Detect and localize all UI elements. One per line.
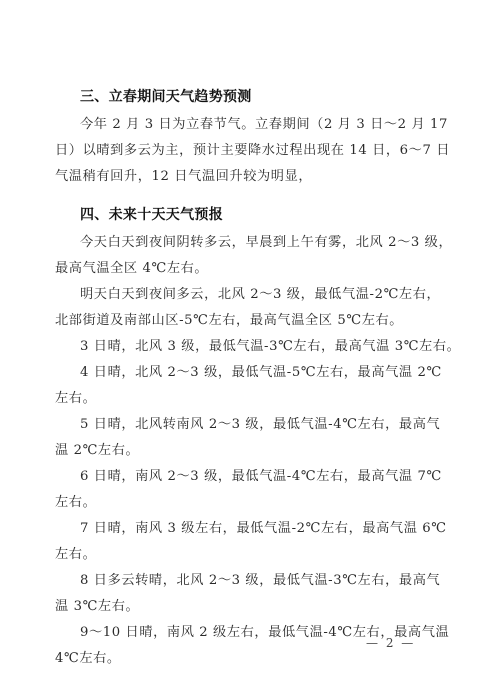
forecast-day5-line: 温 2℃左右。 [55, 442, 415, 460]
forecast-tomorrow-line: 北部街道及南部山区-5℃左右，最高气温全区 5℃左右。 [55, 312, 415, 330]
forecast-day4-line: 4 日晴，北风 2～3 级，最低气温-5℃左右，最高气温 2℃ [80, 364, 415, 382]
paragraph-line: 日）以晴到多云为主，预计主要降水过程出现在 14 日，6～7 日 [55, 142, 415, 160]
forecast-tomorrow-line: 明天白天到夜间多云，北风 2～3 级，最低气温-2℃左右， [80, 286, 415, 304]
forecast-day9-10-line: 4℃左右。 [55, 650, 415, 668]
forecast-today-line: 最高气温全区 4℃左右。 [55, 260, 415, 278]
forecast-day6-line: 6 日晴，南风 2～3 级，最低气温-4℃左右，最高气温 7℃ [80, 468, 415, 486]
page-number: — 2 — [366, 636, 415, 650]
forecast-day8-line: 8 日多云转晴，北风 2～3 级，最低气温-3℃左右，最高气 [80, 572, 415, 590]
paragraph-line: 气温稍有回升，12 日气温回升较为明显， [55, 168, 415, 186]
forecast-day6-line: 左右。 [55, 494, 415, 512]
section-heading-spring-forecast: 三、立春期间天气趋势预测 [80, 88, 415, 106]
forecast-day4-line: 左右。 [55, 390, 415, 408]
forecast-day3-line: 3 日晴，北风 3 级，最低气温-3℃左右，最高气温 3℃左右。 [80, 338, 415, 356]
forecast-today-line: 今天白天到夜间阴转多云，早晨到上午有雾，北风 2～3 级， [80, 234, 415, 252]
forecast-day7-line: 左右。 [55, 546, 415, 564]
forecast-day7-line: 7 日晴，南风 3 级左右，最低气温-2℃左右，最高气温 6℃ [80, 520, 415, 538]
document-page: 三、立春期间天气趋势预测 今年 2 月 3 日为立春节气。立春期间（2 月 3 … [0, 0, 477, 676]
section-heading-ten-day-forecast: 四、未来十天天气预报 [80, 206, 415, 224]
forecast-day9-10-line: 9～10 日晴，南风 2 级左右，最低气温-4℃左右，最高气温 [80, 624, 415, 642]
forecast-day5-line: 5 日晴，北风转南风 2～3 级，最低气温-4℃左右，最高气 [80, 416, 415, 434]
forecast-day8-line: 温 3℃左右。 [55, 598, 415, 616]
paragraph-line: 今年 2 月 3 日为立春节气。立春期间（2 月 3 日～2 月 17 [80, 116, 415, 134]
